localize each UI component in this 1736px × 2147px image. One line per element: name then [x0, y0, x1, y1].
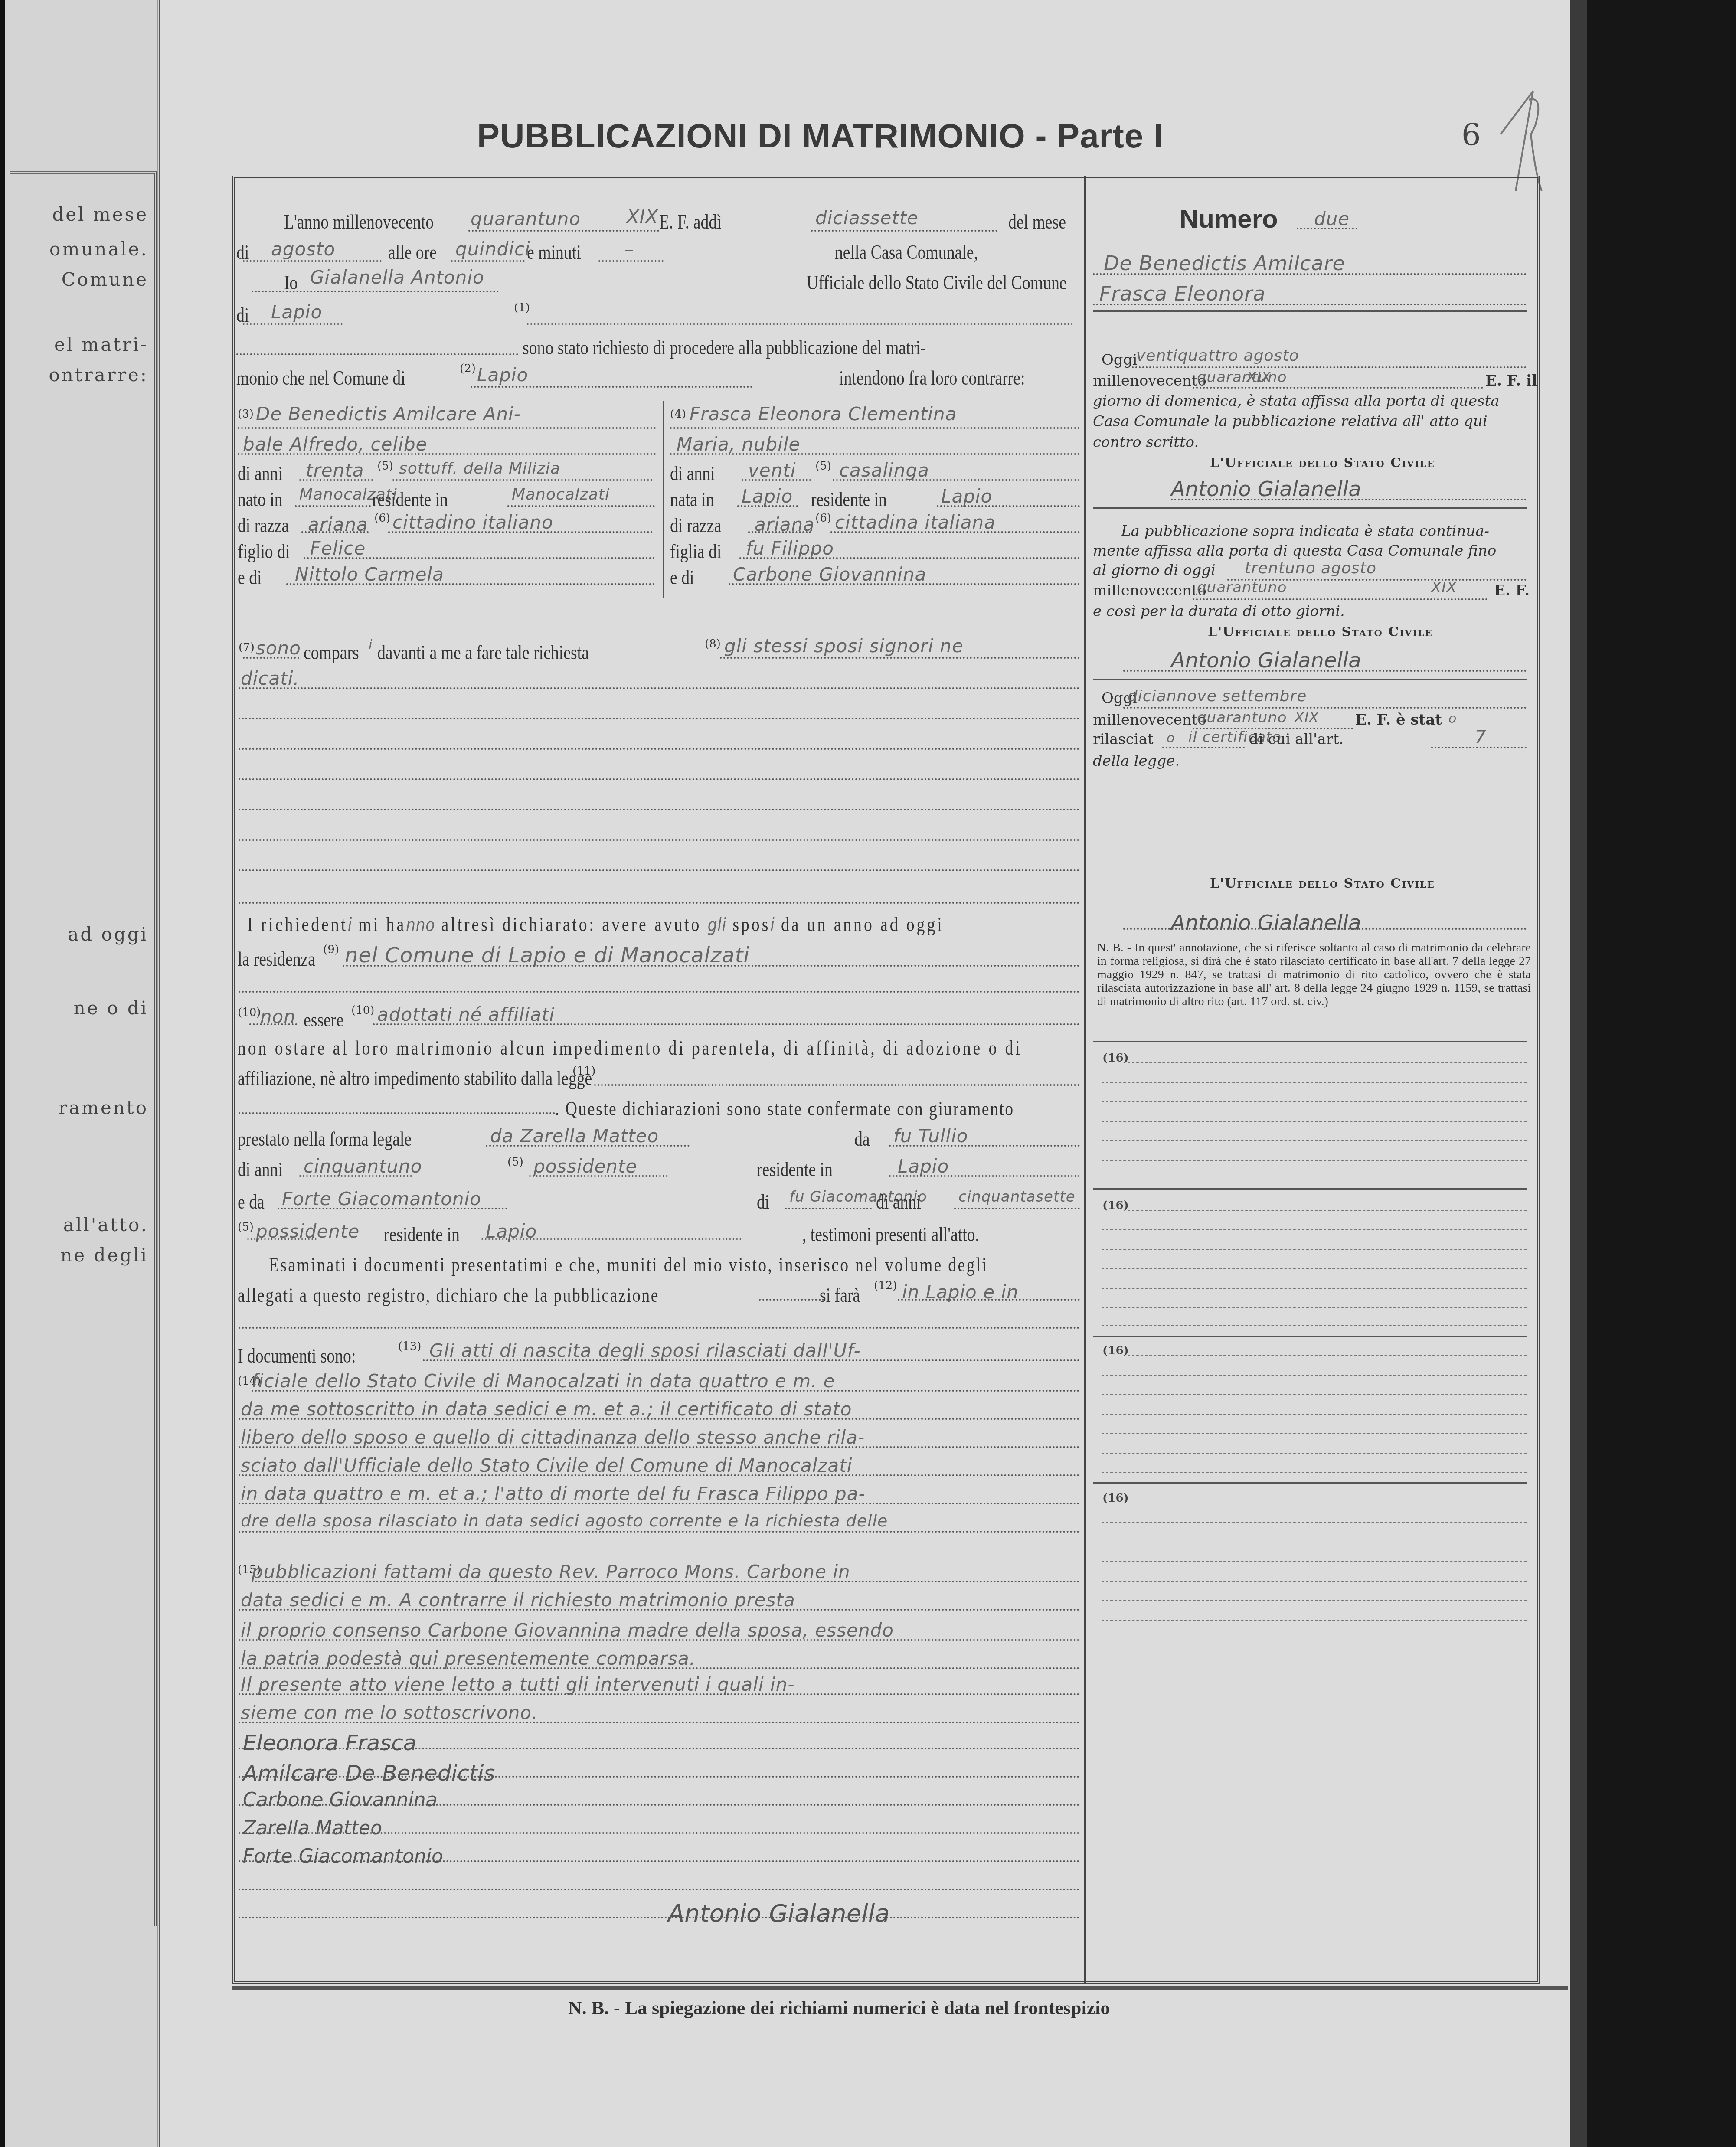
footer-rule — [232, 1986, 1568, 1990]
dashed-line — [1102, 1121, 1527, 1122]
bride-profession: casalinga — [839, 460, 929, 481]
bride-father-label: figlia di — [670, 540, 721, 563]
dashed-line — [1102, 1433, 1527, 1434]
hw-witness1: da Zarella Matteo — [490, 1125, 659, 1147]
hw-witness2-age: cinquantasette — [958, 1188, 1076, 1206]
fill-line — [1123, 670, 1527, 672]
label-resident: residente in — [757, 1158, 833, 1181]
documents-line: la patria podestà qui presentemente comp… — [241, 1648, 696, 1669]
label-legal-form: prestato nella forma legale — [238, 1127, 412, 1150]
prev-text: ne degli — [18, 1245, 148, 1266]
dashed-line — [1102, 1180, 1527, 1180]
fill-line — [785, 1208, 872, 1209]
fill-line — [301, 531, 369, 533]
note-ref: (1) — [514, 301, 530, 314]
label-age: di anni — [238, 1158, 283, 1181]
hw-article: 7 — [1474, 726, 1487, 748]
label-rilasciat: rilasciat — [1093, 731, 1154, 748]
note-ref: (6) — [815, 512, 831, 525]
record-number-label: Numero — [1180, 204, 1278, 234]
fill-line — [239, 869, 1080, 871]
label-oggi: Oggi — [1102, 351, 1137, 369]
groom-name-1: De Benedictis Amilcare Ani- — [256, 403, 521, 425]
hw-year: quarantuno — [471, 208, 581, 229]
fill-line — [239, 1917, 1080, 1918]
fill-line — [759, 1299, 824, 1301]
documents-line: da me sottoscritto in data sedici e m. e… — [241, 1399, 852, 1420]
dashed-line — [1102, 1288, 1527, 1289]
fill-line — [239, 1860, 1080, 1862]
fill-line — [1171, 499, 1527, 500]
groom-father: Felice — [310, 538, 366, 559]
hw-certificate-date: diciannove settembre — [1128, 687, 1307, 705]
label-di: di — [757, 1190, 769, 1213]
prev-text: Comune — [18, 269, 148, 290]
fill-line — [249, 1023, 297, 1025]
continuation-text-1: La pubblicazione sopra indicata è stata … — [1121, 523, 1489, 540]
prev-text: el matri- — [18, 334, 148, 355]
hw-stat-suffix: o — [1448, 711, 1457, 726]
annotation-ref: (16) — [1102, 1344, 1129, 1357]
hw-i2: i — [770, 914, 775, 935]
documents-line: sciato dall'Ufficiale dello Stato Civile… — [241, 1455, 852, 1476]
section-rule — [1093, 1482, 1527, 1484]
text-altresi: altresì dichiarato: avere avuto — [441, 913, 702, 935]
dashed-line — [1102, 1140, 1527, 1141]
label-witnesses-present: , testimoni presenti all'atto. — [802, 1223, 979, 1246]
fill-line — [898, 1299, 1080, 1301]
fill-line — [423, 1359, 1080, 1361]
prev-text: ad oggi — [18, 924, 148, 945]
fill-line — [889, 1175, 1080, 1177]
dashed-line — [1128, 1355, 1527, 1356]
fill-line — [1132, 366, 1527, 368]
groom-citizenship: cittadino italiano — [392, 512, 553, 533]
note-ref: (5) — [377, 460, 393, 473]
fill-line — [748, 531, 811, 533]
footer-note: N. B. - La spiegazione dei richiami nume… — [568, 1997, 1110, 2019]
hw-hour: quindici — [455, 239, 530, 260]
groom-race-label: di razza — [238, 514, 289, 537]
text-spos: spos — [732, 913, 770, 935]
fill-line — [529, 1175, 668, 1177]
fill-line — [1123, 707, 1527, 709]
fill-line — [238, 453, 656, 455]
fill-line — [243, 260, 382, 262]
label-documents: I documenti sono: — [238, 1344, 356, 1367]
groom-profession: sottuff. della Milizia — [399, 460, 560, 477]
register-page: del mese omunale. Comune el matri- ontra… — [0, 0, 1570, 2147]
documents-line: data sedici e m. A contrarre il richiest… — [241, 1589, 795, 1611]
note-ref: (6) — [374, 512, 390, 525]
fill-line — [729, 583, 1080, 585]
fill-line — [471, 386, 752, 388]
fill-line — [1431, 747, 1527, 748]
dashed-line — [1128, 1062, 1527, 1063]
documents-line: dre della sposa rilasciato in data sedic… — [241, 1511, 888, 1530]
fill-line — [670, 453, 1080, 455]
hw-certificate-era: XIX — [1295, 709, 1319, 725]
label-age: di anni — [876, 1190, 921, 1213]
documents-line: in data quattro e m. et a.; l'atto di mo… — [241, 1483, 866, 1504]
officer-title: L'Ufficiale dello Stato Civile — [1210, 455, 1435, 471]
fill-line — [343, 965, 1080, 967]
note-ref: (9) — [323, 943, 339, 956]
bride-name-1: Frasca Eleonora Clementina — [690, 403, 957, 425]
posting-text-2: Casa Comunale la pubblicazione relativa … — [1093, 413, 1488, 430]
column-divider — [1084, 176, 1086, 1984]
spouse-divider — [663, 401, 664, 598]
label-millenovecento: millenovecento — [1093, 711, 1206, 729]
signature-officer-1: Antonio Gialanella — [1171, 477, 1361, 501]
groom-mother-label: e di — [238, 566, 262, 589]
bride-resident-label: residente in — [811, 488, 887, 511]
hw-gli: gli — [708, 914, 726, 935]
groom-summary-name: De Benedictis Amilcare — [1104, 252, 1345, 275]
dashed-line — [1102, 1229, 1527, 1230]
fill-line — [238, 427, 656, 429]
fill-line — [742, 479, 811, 481]
dashed-line — [1102, 1542, 1527, 1542]
note-ref: (7) — [239, 641, 255, 654]
text-richiedent: richiedent — [261, 913, 348, 935]
hw-requesters: gli stessi sposi signori ne — [724, 635, 964, 657]
dashed-line — [1102, 1600, 1527, 1601]
hw-marriage-comune: Lapio — [477, 364, 528, 386]
fill-line — [239, 1776, 1080, 1778]
fill-line — [239, 902, 1080, 904]
bride-birthplace: Lapio — [742, 486, 793, 507]
fill-line — [239, 687, 1080, 689]
oath-line: . Queste dichiarazioni sono state confer… — [555, 1097, 1014, 1120]
impediment-line: non ostare al loro matrimonio alcun impe… — [238, 1036, 1022, 1059]
hw-day: diciassette — [815, 207, 919, 229]
bride-age-label: di anni — [670, 462, 715, 485]
groom-resident-label: residente in — [372, 488, 448, 511]
binder-shadow — [1570, 0, 1587, 2147]
note-ref: (10) — [238, 1006, 261, 1019]
fill-line — [243, 323, 343, 325]
label-si-fara: si farà — [820, 1284, 860, 1307]
hw-witness2: Forte Giacomantonio — [282, 1188, 481, 1209]
fill-line — [1297, 228, 1357, 229]
label-minutes: e minuti — [527, 241, 581, 264]
annotation-ref: (16) — [1102, 1199, 1129, 1212]
fill-line — [239, 839, 1080, 841]
signature-officer-2: Antonio Gialanella — [1171, 648, 1361, 673]
label-da: da — [854, 1127, 870, 1150]
hw-posting-date: ventiquattro agosto — [1136, 347, 1299, 365]
fill-line — [720, 657, 1080, 659]
fill-line — [239, 718, 1080, 719]
dashed-line — [1102, 1375, 1527, 1376]
hw-compars-suffix: i — [369, 637, 373, 653]
label-e-da: e da — [238, 1190, 265, 1213]
signature-officer-3: Antonio Gialanella — [1171, 911, 1361, 935]
fill-line — [954, 1208, 1080, 1209]
hw-continuation-year: quarantuno — [1197, 579, 1287, 596]
fill-line — [392, 479, 653, 481]
dashed-line — [1102, 1160, 1527, 1161]
documents-line: pubblicazioni fattami da questo Rev. Par… — [252, 1561, 850, 1582]
prev-text: ontrarre: — [18, 364, 148, 386]
annotation-ref: (16) — [1102, 1492, 1129, 1505]
fill-line — [737, 505, 798, 507]
dashed-line — [1102, 1561, 1527, 1562]
continuation-text-4: e così per la durata di otto giorni. — [1093, 603, 1345, 620]
dashed-line — [1102, 1472, 1527, 1473]
bride-father: fu Filippo — [746, 538, 834, 559]
fill-line — [598, 260, 664, 262]
fill-line — [1162, 747, 1245, 748]
hw-adopted: adottati né affiliati — [377, 1004, 555, 1025]
hw-i: i — [348, 914, 352, 935]
note-ref: (13) — [398, 1340, 421, 1353]
fill-line — [239, 1446, 1080, 1448]
fill-line — [1123, 928, 1527, 930]
fill-line — [239, 1474, 1080, 1476]
hw-officer-name: Gialanella Antonio — [310, 267, 484, 288]
prev-text: ne o di — [18, 997, 148, 1019]
fill-line — [239, 1531, 1080, 1533]
signature-mother: Carbone Giovannina — [243, 1789, 438, 1811]
legal-note: N. B. - In quest' annotazione, che si ri… — [1097, 941, 1531, 1008]
label-della-legge: della legge. — [1093, 752, 1180, 770]
hw-comune: Lapio — [271, 301, 322, 323]
bride-mother: Carbone Giovannina — [733, 564, 926, 585]
note-ref: (2) — [460, 362, 476, 375]
label-ef: E. F. — [1494, 582, 1530, 599]
fill-line — [811, 230, 997, 232]
note-ref: (11) — [572, 1065, 595, 1078]
hw-continuation-era: XIX — [1431, 579, 1457, 596]
fill-line — [239, 1667, 1080, 1669]
signature-witness1: Zarella Matteo — [243, 1817, 382, 1839]
bride-age: venti — [748, 460, 796, 481]
label-compars: compars — [304, 641, 359, 664]
signature-groom: Amilcare De Benedictis — [243, 1761, 495, 1786]
posting-text-1: giorno di domenica, è stata affissa alla… — [1093, 392, 1499, 410]
fill-line — [486, 1145, 690, 1147]
prev-text: omunale. — [18, 239, 148, 260]
hw-posting-year: quarantuno — [1197, 369, 1287, 386]
fill-line — [252, 1581, 1080, 1582]
bride-name-2: Maria, nubile — [677, 434, 800, 455]
dashed-line — [1102, 1522, 1527, 1523]
dashed-line — [1102, 1307, 1527, 1308]
label-hour: alle ore — [388, 241, 437, 264]
text-mi-ha: mi ha — [359, 913, 406, 935]
bride-residence: Lapio — [941, 486, 992, 507]
dashed-line — [1102, 1414, 1527, 1415]
fill-line — [304, 557, 655, 559]
dashed-line — [1102, 1249, 1527, 1250]
dashed-line — [1102, 1620, 1527, 1621]
label-officer-title: Ufficiale dello Stato Civile del Comune — [807, 271, 1067, 294]
fill-line — [239, 1804, 1080, 1806]
dashed-line — [1102, 1268, 1527, 1269]
label-year: L'anno millenovecento — [284, 210, 434, 233]
hw-nno: nno — [406, 914, 435, 935]
note-ref: (5) — [507, 1156, 523, 1169]
signature-witness2: Forte Giacomantonio — [243, 1845, 443, 1867]
dashed-line — [1102, 1394, 1527, 1395]
fill-line — [239, 1832, 1080, 1834]
label-marriage-comune: monio che nel Comune di — [236, 366, 405, 389]
binder-edge — [1570, 0, 1736, 2147]
groom-age: trenta — [306, 460, 364, 481]
fill-line — [252, 1390, 1080, 1392]
section-rule — [1093, 1336, 1527, 1337]
fill-line — [468, 230, 659, 232]
bride-citizenship: cittadina italiana — [835, 512, 996, 533]
section-rule — [1093, 507, 1527, 509]
continuation-text-3: al giorno di oggi — [1093, 562, 1216, 579]
fill-line — [527, 323, 1073, 325]
groom-mother: Nittolo Carmela — [295, 564, 444, 585]
note-ref: (10) — [351, 1004, 374, 1017]
signature-bride: Eleonora Frasca — [243, 1730, 416, 1755]
label-casa-comunale: nella Casa Comunale, — [835, 241, 978, 264]
label-intend: intendono fra loro contrarre: — [839, 366, 1025, 389]
note-ref: (12) — [874, 1279, 897, 1292]
continuation-text-2: mente affissa alla porta di questa Casa … — [1093, 542, 1496, 559]
fill-line — [239, 991, 1080, 993]
fill-line — [243, 657, 299, 659]
prev-text: ramento — [18, 1097, 148, 1118]
scan-border — [0, 0, 5, 2147]
prev-text: del mese — [18, 204, 148, 225]
fill-line — [239, 1889, 1080, 1890]
fill-line — [1093, 304, 1527, 305]
bride-mother-label: e di — [670, 566, 694, 589]
bride-summary-name: Frasca Eleonora — [1099, 282, 1265, 305]
fill-line — [507, 505, 655, 507]
record-number-value: due — [1314, 208, 1350, 229]
fill-line — [286, 583, 655, 585]
text-i: I — [247, 913, 255, 935]
prev-text: all'atto. — [18, 1214, 148, 1235]
documents-line: ficiale dello Stato Civile di Manocalzat… — [252, 1370, 835, 1392]
fill-line — [239, 1693, 1080, 1695]
dashed-line — [1102, 1101, 1527, 1102]
label-month: del mese — [1008, 210, 1066, 233]
hw-sono: sono — [256, 637, 301, 659]
groom-age-label: di anni — [238, 462, 283, 485]
hw-minutes: – — [624, 239, 634, 260]
note-ref: (8) — [705, 637, 721, 650]
fill-line — [670, 427, 1080, 429]
note-ref: (5) — [815, 460, 831, 473]
dashed-line — [1102, 1581, 1527, 1582]
groom-name-2: bale Alfredo, celibe — [243, 434, 427, 455]
signature-officer: Antonio Gialanella — [668, 1899, 890, 1928]
label-resident: residente in — [384, 1223, 460, 1246]
fill-line — [239, 809, 1080, 810]
examination-line1: Esaminati i documenti presentatimi e che… — [269, 1253, 988, 1276]
fill-line — [239, 1503, 1080, 1504]
documents-line: il proprio consenso Carbone Giovannina m… — [241, 1620, 894, 1641]
posting-text-3: contro scritto. — [1093, 434, 1199, 451]
label-essere: essere — [304, 1008, 343, 1031]
fill-line — [481, 1238, 742, 1240]
hw-witness1-father: fu Tullio — [893, 1125, 968, 1147]
page-title: PUBBLICAZIONI DI MATRIMONIO - Parte I — [477, 116, 1164, 156]
bride-born-label: nata in — [670, 488, 714, 511]
fill-line — [239, 748, 1080, 750]
fill-line — [239, 1639, 1080, 1641]
text-da-un-anno: da un anno ad oggi — [781, 913, 944, 935]
label-millenovecento: millenovecento — [1093, 372, 1206, 389]
label-art: di cui all'art. — [1249, 731, 1344, 748]
officer-title: L'Ufficiale dello Stato Civile — [1208, 624, 1433, 640]
previous-page-frame — [10, 171, 157, 1926]
fill-line — [299, 479, 373, 481]
dashed-line — [1102, 1082, 1527, 1083]
hw-requesters-2: dicati. — [241, 668, 300, 689]
fill-line — [594, 1084, 1080, 1086]
fill-line — [239, 778, 1080, 780]
fill-line — [1193, 387, 1483, 389]
fill-line — [937, 505, 1080, 507]
annotation-ref: (16) — [1102, 1052, 1129, 1065]
hw-continuation-date: trentuno agosto — [1245, 559, 1376, 577]
hw-witness1-residence: Lapio — [898, 1156, 949, 1177]
fill-line — [830, 531, 1080, 533]
dashed-line — [1128, 1503, 1527, 1503]
section-rule — [1093, 679, 1527, 680]
documents-line: Il presente atto viene letto a tutti gli… — [241, 1674, 795, 1695]
label-ef-il: E. F. il — [1485, 372, 1537, 389]
hw-witness1-profession: possidente — [533, 1156, 637, 1177]
fill-line — [299, 1175, 412, 1177]
dashed-line — [1128, 1210, 1527, 1211]
fill-line — [1193, 598, 1488, 600]
fill-line — [295, 505, 371, 507]
hw-era: XIX — [627, 206, 658, 227]
dashed-line — [1102, 1325, 1527, 1326]
fill-line — [388, 531, 653, 533]
label-millenovecento: millenovecento — [1093, 582, 1206, 599]
groom-residence: Manocalzati — [512, 486, 610, 503]
fill-line — [236, 353, 518, 355]
previous-page-fragment: del mese omunale. Comune el matri- ontra… — [5, 0, 160, 2147]
fill-line — [239, 1327, 1080, 1329]
declaration-line1: I richiedenti mi hanno altresì dichiarat… — [247, 913, 934, 936]
hw-witness1-age: cinquantuno — [304, 1156, 422, 1177]
fill-line — [1093, 273, 1527, 275]
hw-rilasciat-suffix: o — [1167, 731, 1175, 746]
fill-line — [239, 1418, 1080, 1420]
hw-residence: nel Comune di Lapio e di Manocalzati — [345, 943, 750, 967]
note-ref: (3) — [238, 408, 254, 421]
fill-line — [451, 260, 525, 262]
hw-month: agosto — [271, 239, 335, 260]
section-rule — [1093, 1041, 1527, 1042]
examination-line2: allegati a questo registro, dichiaro che… — [238, 1284, 659, 1307]
documents-line: sieme con me lo sottoscrivono. — [241, 1702, 538, 1723]
fill-line — [239, 1748, 1080, 1749]
officer-title: L'Ufficiale dello Stato Civile — [1210, 876, 1435, 891]
fill-line — [239, 1112, 555, 1114]
bride-race-label: di razza — [670, 514, 721, 537]
dashed-line — [1102, 1453, 1527, 1454]
fill-line — [739, 557, 1080, 559]
fill-line — [239, 1609, 1080, 1611]
note-ref: (4) — [670, 408, 686, 421]
label-request: sono stato richiesto di procedere alla p… — [523, 336, 926, 359]
documents-line: libero dello sposo e quello di cittadina… — [241, 1427, 865, 1448]
